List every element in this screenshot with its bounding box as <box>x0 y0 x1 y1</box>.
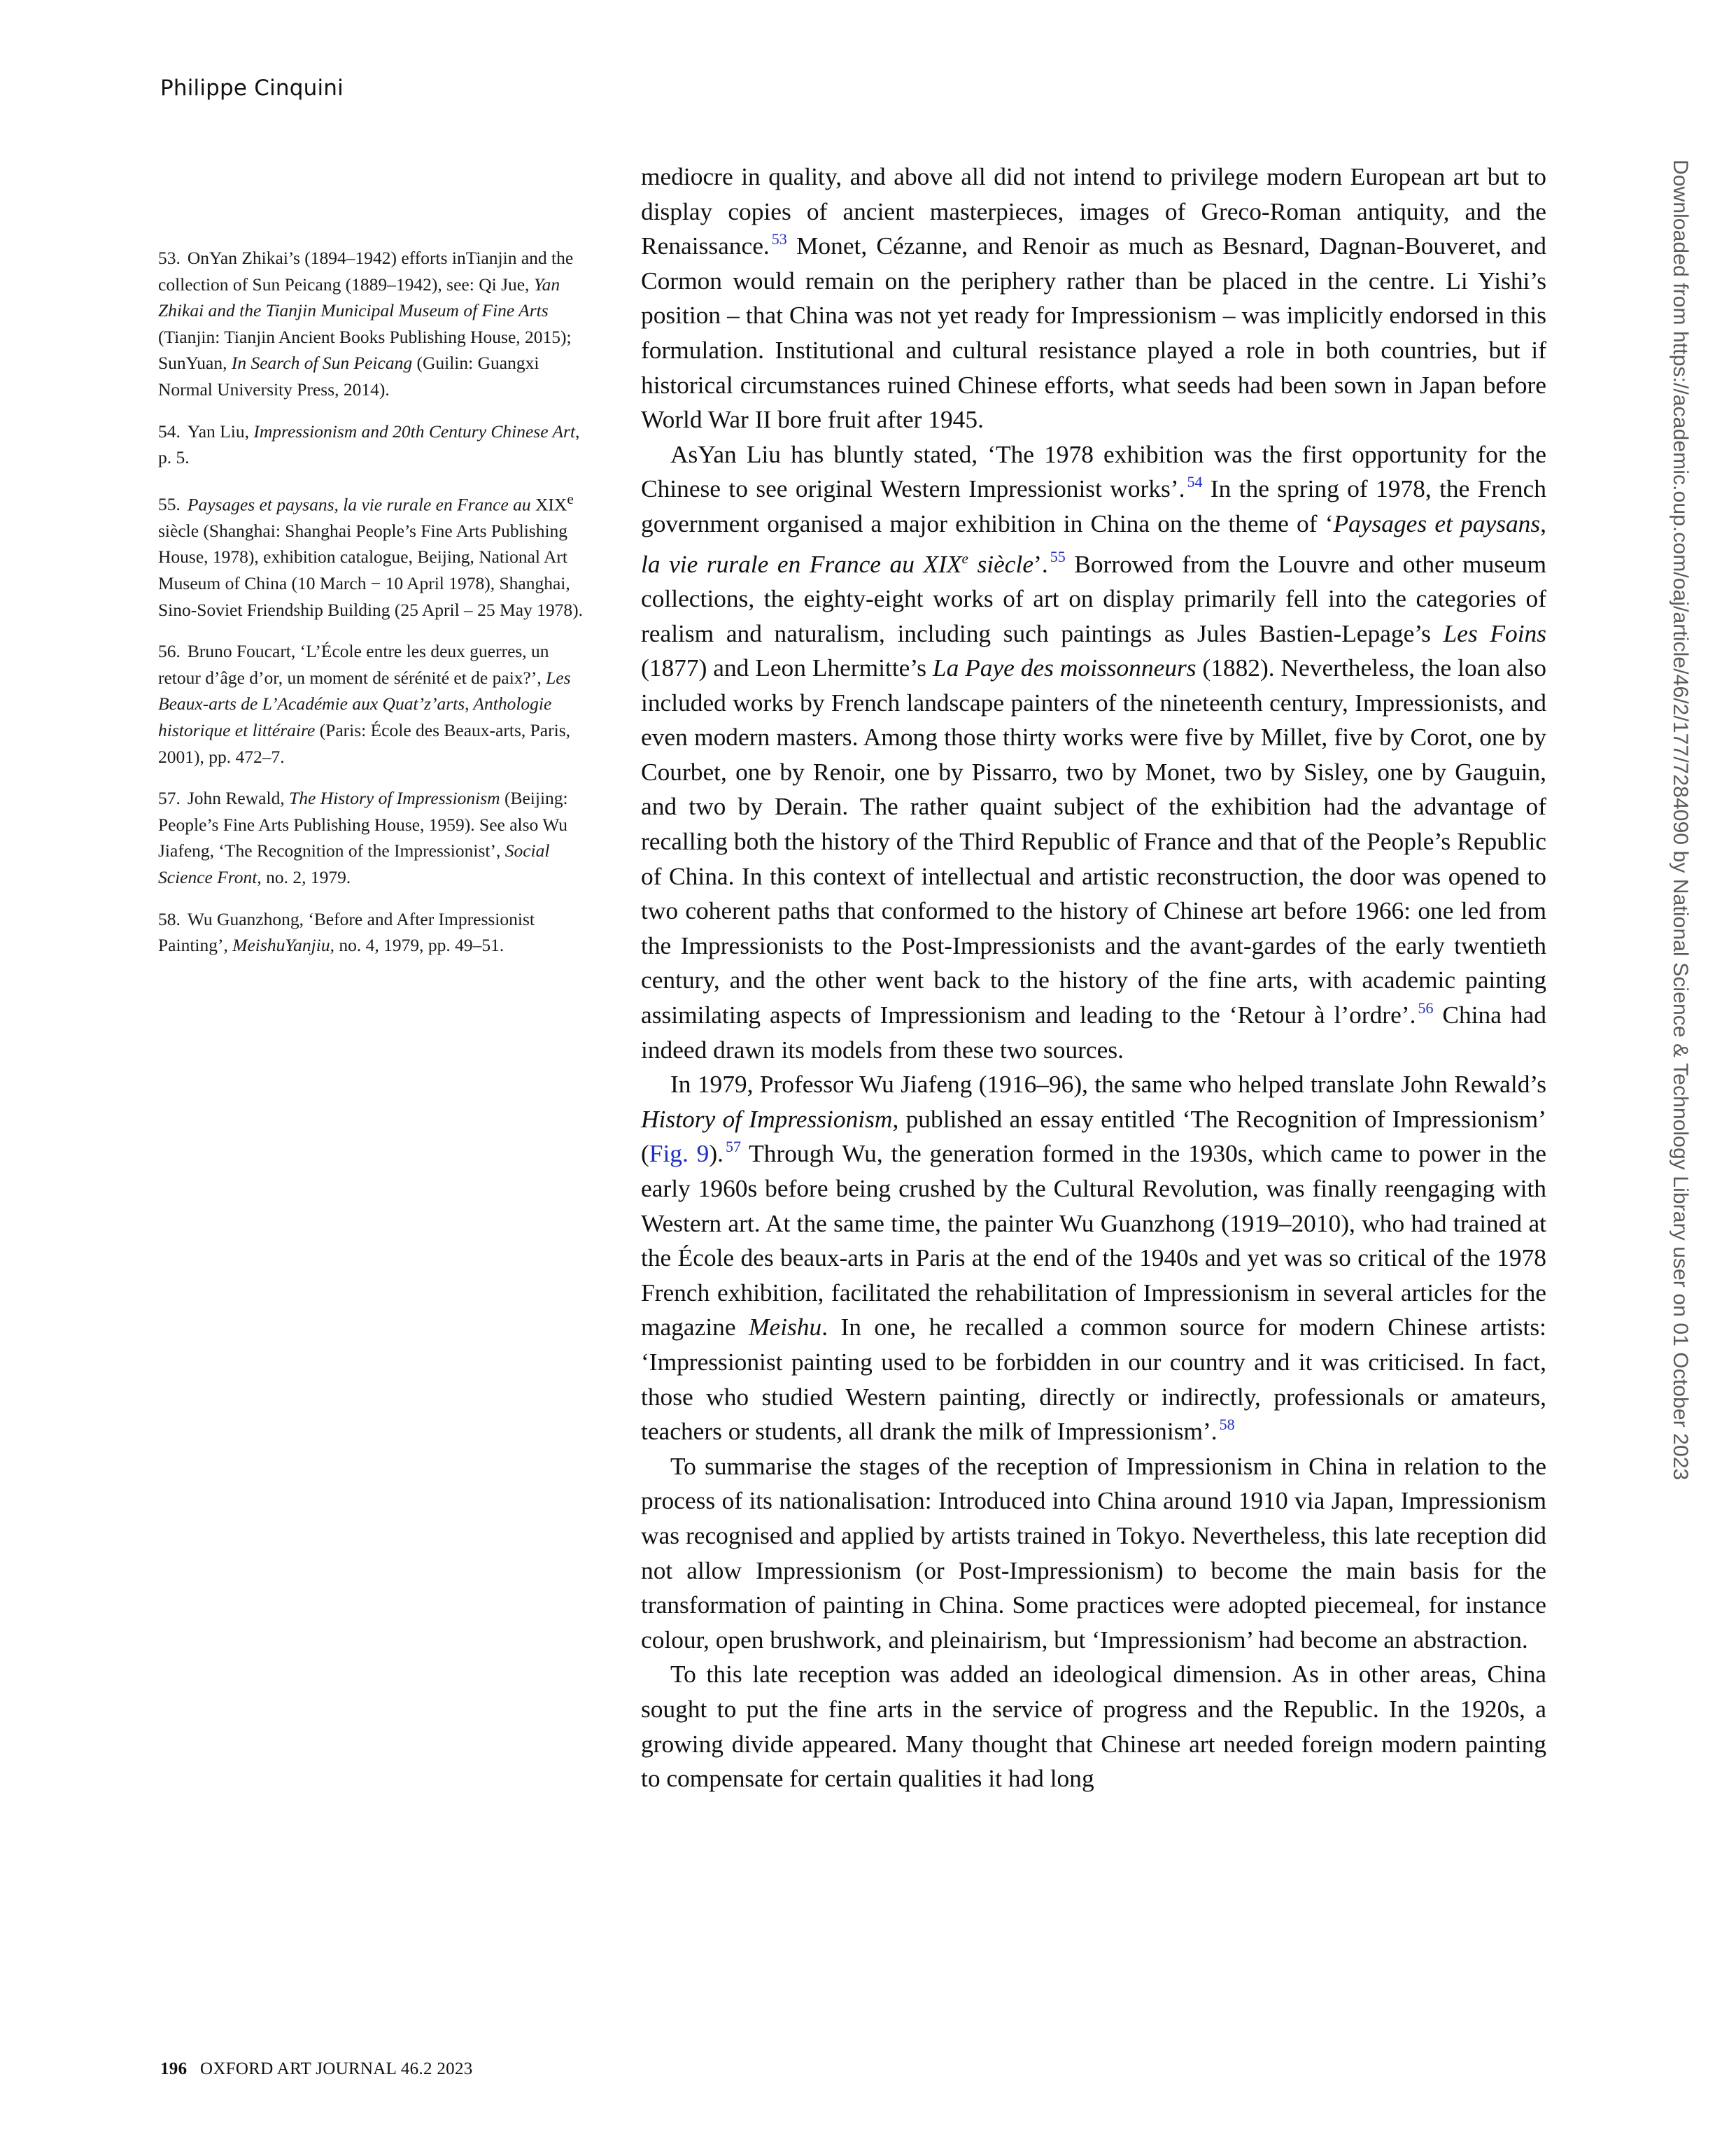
text-run: , no. 4, 1979, pp. 49–51. <box>330 935 504 955</box>
footnote-number: 58. <box>158 909 181 929</box>
body-paragraph: To summarise the stages of the reception… <box>641 1449 1546 1658</box>
footnote-number: 56. <box>158 641 181 661</box>
text-run: ). <box>709 1139 724 1167</box>
text-run: Monet, Cézanne, and Renoir as much as Be… <box>641 232 1546 433</box>
text-run: XIX <box>531 494 567 514</box>
page-number: 196 <box>160 2059 187 2078</box>
journal-citation: OXFORD ART JOURNAL 46.2 2023 <box>200 2059 473 2078</box>
running-head-author: Philippe Cinquini <box>160 76 344 101</box>
text-run: In 1979, Professor Wu Jiafeng (1916–96),… <box>670 1070 1546 1098</box>
italic-title: In Search of Sun Peicang <box>232 353 412 373</box>
text-run: (1877) and Leon Lhermitte’s <box>641 654 933 682</box>
footnote-number: 57. <box>158 788 181 808</box>
text-run: (1882). Nevertheless, the loan also incl… <box>641 654 1546 1029</box>
footnote-ref-55[interactable]: 55 <box>1050 548 1066 565</box>
footnote-ref-54[interactable]: 54 <box>1187 473 1202 491</box>
footnote-ref-53[interactable]: 53 <box>772 230 787 248</box>
text-run: John Rewald, <box>188 788 289 808</box>
italic-title: Paysages et paysans, la vie rurale en Fr… <box>188 494 531 514</box>
italic-title: History of Impressionism <box>641 1105 892 1133</box>
article-body: mediocre in quality, and above all did n… <box>641 160 1546 1796</box>
footnote-53: 53.OnYan Zhikai’s (1894–1942) efforts in… <box>158 245 585 403</box>
footnote-ref-56[interactable]: 56 <box>1418 999 1433 1017</box>
body-paragraph: To this late reception was added an ideo… <box>641 1657 1546 1796</box>
page-footer: 196 OXFORD ART JOURNAL 46.2 2023 <box>160 2059 473 2079</box>
footnote-ref-57[interactable]: 57 <box>726 1138 741 1155</box>
text-run: siècle (Shanghai: Shanghai People’s Fine… <box>158 521 583 620</box>
text-run: Yan Liu, <box>188 421 253 442</box>
italic-title: The History of Impressionism <box>289 788 500 808</box>
footnote-57: 57.John Rewald, The History of Impressio… <box>158 785 585 890</box>
body-paragraph: mediocre in quality, and above all did n… <box>641 160 1546 437</box>
download-watermark: Downloaded from https://academic.oup.com… <box>1660 160 1695 1853</box>
text-run: , no. 2, 1979. <box>257 867 351 887</box>
footnote-58: 58.Wu Guanzhong, ‘Before and After Impre… <box>158 906 585 959</box>
footnote-54: 54.Yan Liu, Impressionism and 20th Centu… <box>158 418 585 471</box>
footnotes-column: 53.OnYan Zhikai’s (1894–1942) efforts in… <box>158 245 585 974</box>
italic-title: MeishuYanjiu <box>232 935 330 955</box>
text-run: OnYan Zhikai’s (1894–1942) efforts inTia… <box>158 248 573 295</box>
text-run: Bruno Foucart, ‘L’École entre les deux g… <box>158 641 549 688</box>
superscript: e <box>567 491 573 507</box>
footnote-number: 54. <box>158 421 181 442</box>
superscript: e <box>962 550 968 567</box>
italic-title: Les Foins <box>1444 619 1546 647</box>
text-run: To summarise the stages of the reception… <box>641 1452 1546 1654</box>
italic-title: Meishu <box>749 1313 821 1341</box>
text-run: To this late reception was added an ideo… <box>641 1660 1546 1792</box>
watermark-text: Downloaded from https://academic.oup.com… <box>1668 160 1692 1480</box>
italic-title: La Paye des moissonneurs <box>933 654 1197 682</box>
figure-link[interactable]: Fig. 9 <box>649 1139 710 1167</box>
footnote-number: 55. <box>158 494 181 514</box>
italic-title: siècle <box>968 549 1033 577</box>
body-paragraph: AsYan Liu has bluntly stated, ‘The 1978 … <box>641 437 1546 1067</box>
body-paragraph: In 1979, Professor Wu Jiafeng (1916–96),… <box>641 1067 1546 1449</box>
text-run: ’. <box>1033 549 1048 577</box>
text-run: Through Wu, the generation formed in the… <box>641 1139 1546 1341</box>
footnote-56: 56.Bruno Foucart, ‘L’École entre les deu… <box>158 638 585 770</box>
footnote-ref-58[interactable]: 58 <box>1220 1416 1235 1433</box>
italic-title: Impressionism and 20th Century Chinese A… <box>253 421 575 442</box>
footnote-number: 53. <box>158 248 181 268</box>
footnote-55: 55.Paysages et paysans, la vie rurale en… <box>158 486 585 623</box>
